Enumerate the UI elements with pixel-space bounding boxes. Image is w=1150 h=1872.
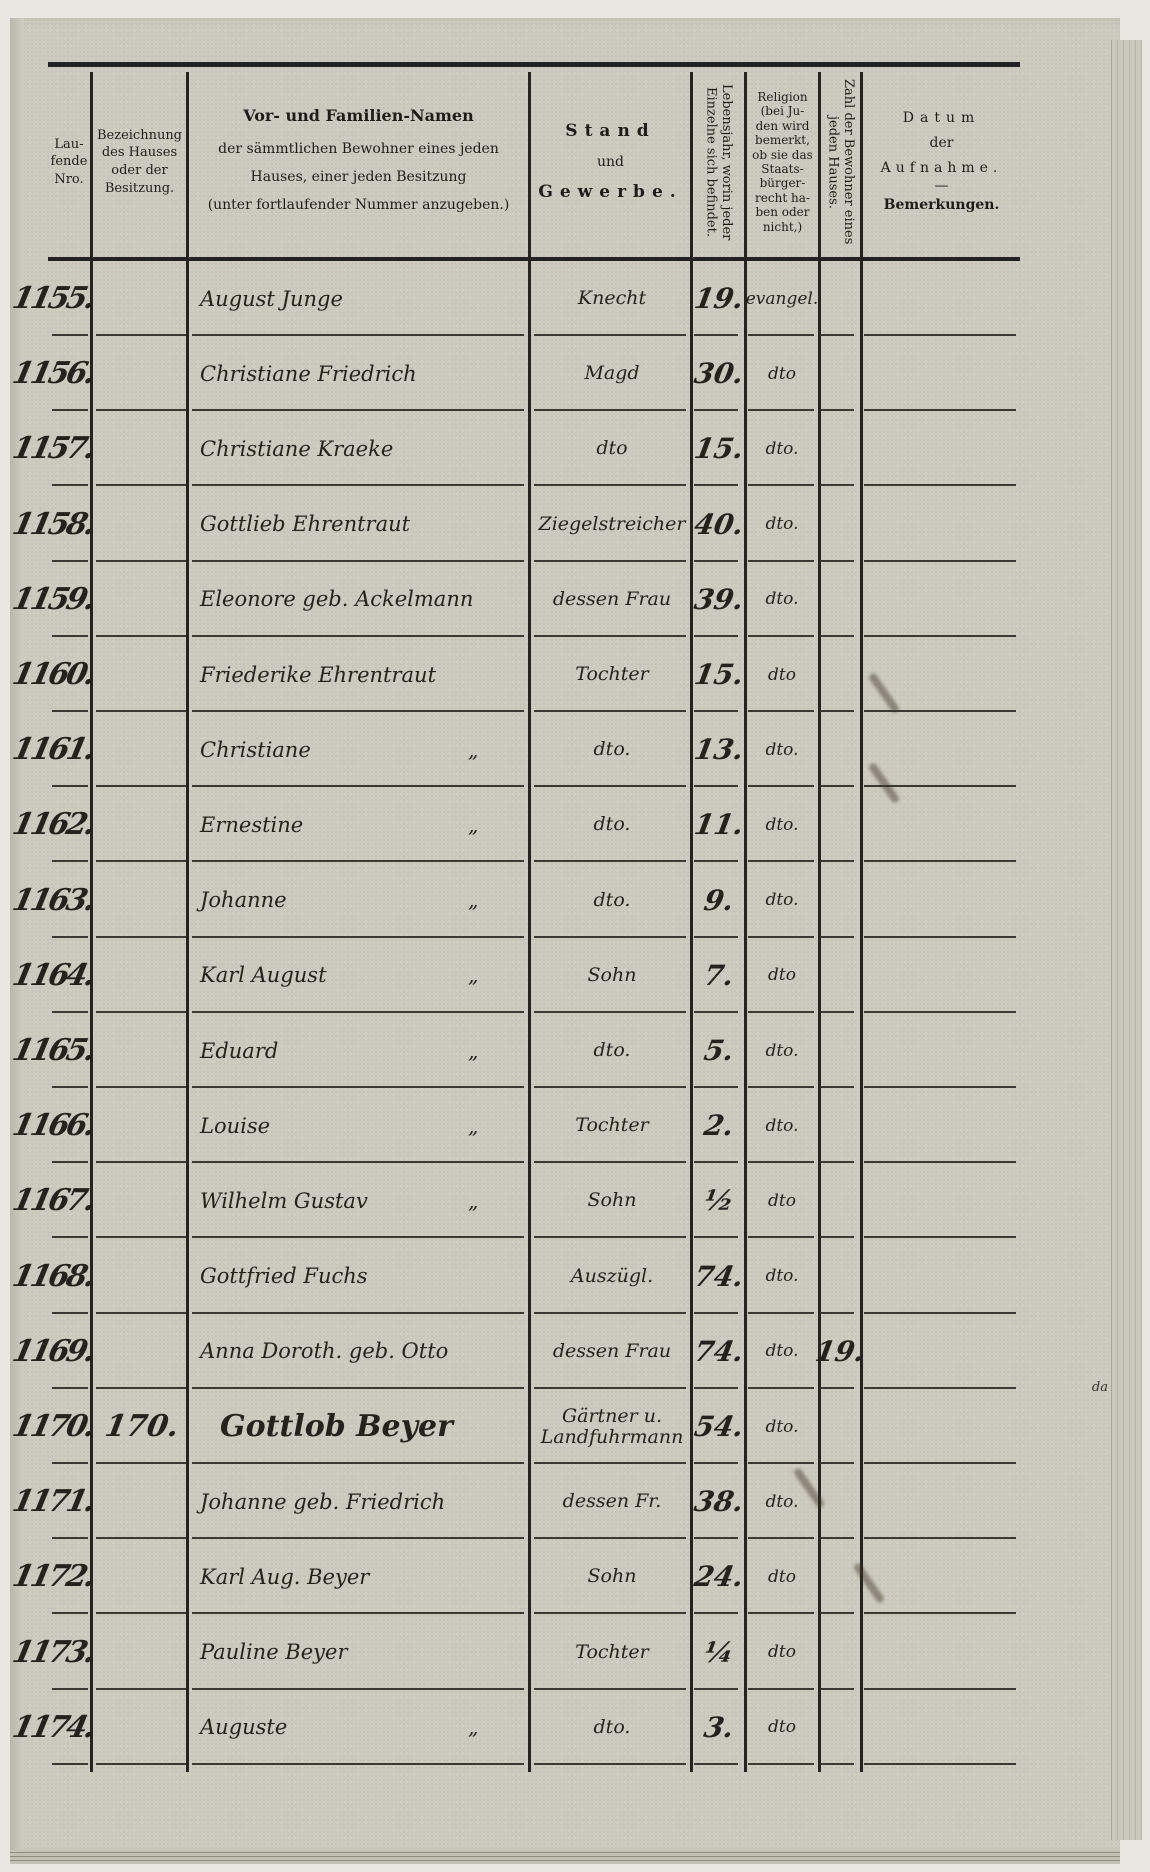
remarks-cell [862,562,1020,637]
header-names-title: Vor- und Familien-Namen [243,105,473,127]
household-count [813,863,866,938]
header-names: Vor- und Familien-Namen der sämmtlichen … [189,72,528,252]
age: 9. [687,863,750,938]
resident-name: Eduard [190,1013,540,1088]
resident-name: Pauline Beyer [190,1615,540,1690]
occupation: dessen Frau [532,1314,692,1389]
header-house-designation: Bezeichnung des Hauses oder der Besitzun… [93,72,186,252]
header-stand: Stand [565,120,655,143]
resident-name: Ernestine [190,787,540,862]
occupation: dto. [532,1690,692,1765]
ditto-mark: „ [468,787,478,862]
age: 15. [687,411,750,486]
header-aufnahme: Aufnahme. [881,159,1003,178]
header-dash: — [935,177,949,196]
occupation: Knecht [532,261,692,336]
house-number [89,261,194,336]
occupation: dessen Fr. [532,1464,692,1539]
household-count [813,1013,866,1088]
remarks-cell [862,1239,1020,1314]
religion: dto [746,637,818,712]
ditto-mark: „ [468,1013,478,1088]
house-number [89,1088,194,1163]
table-row: 1157.Christiane Kraekedto15.dto. [48,411,1020,486]
age: 74. [687,1314,750,1389]
table-row: 1171.Johanne geb. Friedrichdessen Fr.38.… [48,1464,1020,1539]
resident-name: Louise [190,1088,540,1163]
table-row: 1158.Gottlieb EhrentrautZiegelstreicher4… [48,487,1020,562]
table-row: 1163.Johannedto.9.dto.„ [48,863,1020,938]
remarks-cell [862,1088,1020,1163]
household-count [813,1163,866,1238]
house-number [89,863,194,938]
household-count [813,787,866,862]
table-row: 1159.Eleonore geb. Ackelmanndessen Frau3… [48,562,1020,637]
age: 13. [687,712,750,787]
header-bemerkungen: Bemerkungen. [884,196,1000,215]
household-count [813,261,866,336]
household-count [813,336,866,411]
religion: dto. [746,787,818,862]
age: 39. [687,562,750,637]
household-count [813,712,866,787]
header-laufende-nr: Lau- fende Nro. [48,72,90,252]
remarks-cell [862,1615,1020,1690]
religion: dto. [746,1239,818,1314]
table-row: 1165.Eduarddto.5.dto.„ [48,1013,1020,1088]
religion: dto. [746,1013,818,1088]
remarks-cell [862,487,1020,562]
header-household-count: Zahl der Bewohner eines jeden Hauses. [821,72,860,252]
house-number [89,712,194,787]
resident-name: Auguste [190,1690,540,1765]
resident-name: Christiane [190,712,540,787]
remarks-cell [862,1389,1020,1464]
religion: dto. [746,712,818,787]
row-rule [694,1763,738,1765]
house-number [89,1539,194,1614]
household-count [813,938,866,1013]
age: ¼ [687,1615,750,1690]
occupation: Sohn [532,938,692,1013]
house-number [89,637,194,712]
religion: dto [746,938,818,1013]
occupation: dessen Frau [532,562,692,637]
resident-name: Eleonore geb. Ackelmann [190,562,540,637]
table-row: 1169.Anna Doroth. geb. Ottodessen Frau74… [48,1314,1020,1389]
resident-name: Gottlieb Ehrentraut [190,487,540,562]
resident-name: Gottlob Beyer [190,1389,560,1464]
resident-name: Wilhelm Gustav [190,1163,540,1238]
row-rule [534,1763,686,1765]
household-count [813,1539,866,1614]
house-number [89,938,194,1013]
household-count: 19. [813,1314,866,1389]
ditto-mark: „ [468,938,478,1013]
ditto-mark: „ [468,1088,478,1163]
table-row: 1164.Karl AugustSohn7.dto„ [48,938,1020,1013]
remarks-cell [862,787,1020,862]
occupation: Sohn [532,1163,692,1238]
table-row: 1156.Christiane FriedrichMagd30.dto [48,336,1020,411]
age: 30. [687,336,750,411]
religion: dto [746,1615,818,1690]
header-religion: Religion (bei Ju- den wird bemerkt, ob s… [747,72,818,252]
religion: dto [746,1539,818,1614]
religion: dto. [746,487,818,562]
religion: dto [746,336,818,411]
ditto-mark: „ [468,1163,478,1238]
table-row: 1168.Gottfried FuchsAuszügl.74.dto. [48,1239,1020,1314]
table-row: 1170.170.Gottlob BeyerGärtner u. Landfuh… [48,1389,1020,1464]
house-number [89,1314,194,1389]
resident-name: Johanne geb. Friedrich [190,1464,540,1539]
occupation: dto. [532,787,692,862]
remarks-cell [862,261,1020,336]
religion: dto. [746,411,818,486]
house-number [89,1239,194,1314]
age: 24. [687,1539,750,1614]
occupation: dto. [532,863,692,938]
household-count [813,1239,866,1314]
house-number [89,787,194,862]
occupation: Gärtner u. Landfuhrmann [532,1389,692,1464]
header-der: der [930,134,954,153]
remarks-cell [862,336,1020,411]
header-datum: Datum [903,109,981,128]
resident-name: Gottfried Fuchs [190,1239,540,1314]
row-rule [864,1763,1016,1765]
age: 15. [687,637,750,712]
house-number [89,1163,194,1238]
header-stand-gewerbe: Stand und Gewerbe. [531,72,690,252]
table-row: 1155.August JungeKnecht19.evangel. [48,261,1020,336]
resident-name: Karl August [190,938,540,1013]
table-row: 1167.Wilhelm GustavSohn½dto„ [48,1163,1020,1238]
remarks-cell [862,712,1020,787]
household-count [813,487,866,562]
house-number [89,487,194,562]
age: 54. [687,1389,750,1464]
age: 7. [687,938,750,1013]
remarks-cell [862,1013,1020,1088]
occupation: Sohn [532,1539,692,1614]
remarks-cell [862,1163,1020,1238]
age: 40. [687,487,750,562]
household-count [813,1615,866,1690]
margin-note: da [1092,1380,1108,1395]
remarks-cell [862,863,1020,938]
resident-name: Christiane Friedrich [190,336,540,411]
household-count [813,1088,866,1163]
house-number [89,336,194,411]
page-edges-bottom [10,1850,1120,1864]
header-und: und [597,153,624,172]
table-row: 1166.LouiseTochter2.dto.„ [48,1088,1020,1163]
age: 11. [687,787,750,862]
resident-name: Anna Doroth. geb. Otto [190,1314,540,1389]
resident-name: Christiane Kraeke [190,411,540,486]
age: 19. [687,261,750,336]
occupation: Ziegelstreicher [532,487,692,562]
household-count [813,1389,866,1464]
age: 38. [687,1464,750,1539]
remarks-cell [862,1690,1020,1765]
religion: evangel. [746,261,818,336]
household-count [813,411,866,486]
row-rule [748,1763,814,1765]
household-count [813,1690,866,1765]
religion: dto. [746,1464,818,1539]
religion: dto. [746,562,818,637]
header-date-remarks: Datum der Aufnahme. — Bemerkungen. [863,72,1020,252]
religion: dto [746,1163,818,1238]
row-rule [820,1763,854,1765]
header-names-subtitle: der sämmtlichen Bewohner eines jeden Hau… [208,135,510,219]
age: 3. [687,1690,750,1765]
house-number [89,1690,194,1765]
remarks-cell [862,1464,1020,1539]
age: 74. [687,1239,750,1314]
table-row: 1173.Pauline BeyerTochter¼dto [48,1615,1020,1690]
header-age: Lebensjahr, worin jeder Einzelne sich be… [693,72,744,252]
religion: dto. [746,1389,818,1464]
ditto-mark: „ [468,712,478,787]
resident-name: Karl Aug. Beyer [190,1539,540,1614]
remarks-cell [862,1314,1020,1389]
table-top-rule [48,62,1020,67]
table-row: 1172.Karl Aug. BeyerSohn24.dto [48,1539,1020,1614]
resident-name: Friederike Ehrentraut [190,637,540,712]
occupation: Magd [532,336,692,411]
remarks-cell [862,1539,1020,1614]
religion: dto. [746,1088,818,1163]
occupation: dto. [532,712,692,787]
occupation: Tochter [532,1615,692,1690]
page-edges-right [1111,40,1142,1840]
house-number: 170. [89,1389,194,1464]
table-row: 1162.Ernestinedto.11.dto.„ [48,787,1020,862]
ditto-mark: „ [468,863,478,938]
ditto-mark: „ [468,1690,478,1765]
occupation: Tochter [532,1088,692,1163]
house-number [89,1615,194,1690]
house-number [89,1464,194,1539]
occupation: dto. [532,1013,692,1088]
resident-name: Johanne [190,863,540,938]
resident-name: August Junge [190,261,540,336]
religion: dto. [746,1314,818,1389]
remarks-cell [862,938,1020,1013]
occupation: Tochter [532,637,692,712]
occupation: Auszügl. [532,1239,692,1314]
house-number [89,411,194,486]
age: 2. [687,1088,750,1163]
table-row: 1174.Augustedto.3.dto„ [48,1690,1020,1765]
row-rule [52,1763,88,1765]
age: 5. [687,1013,750,1088]
row-rule [96,1763,186,1765]
header-gewerbe: Gewerbe. [538,181,682,204]
house-number [89,1013,194,1088]
age: ½ [687,1163,750,1238]
religion: dto. [746,863,818,938]
household-count [813,637,866,712]
occupation: dto [532,411,692,486]
row-rule [192,1763,524,1765]
religion: dto [746,1690,818,1765]
household-count [813,562,866,637]
house-number [89,562,194,637]
remarks-cell [862,411,1020,486]
